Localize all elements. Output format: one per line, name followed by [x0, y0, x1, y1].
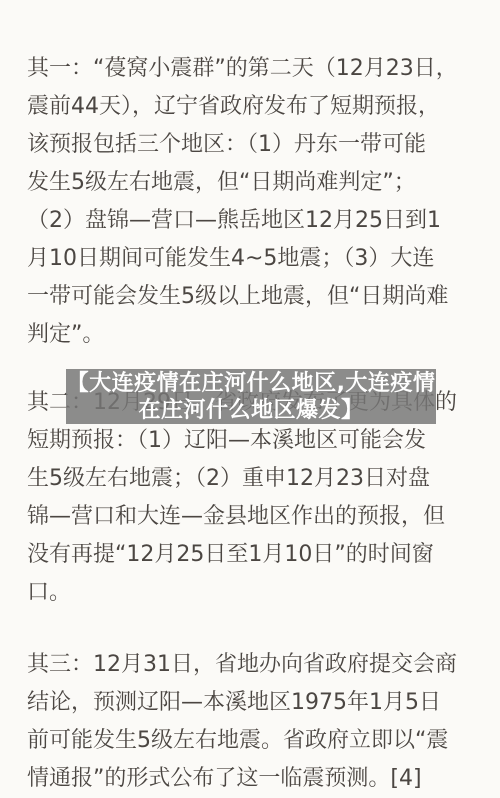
- paragraph-3: 其三：12月31日，省地办向省政府提交会商 结论，预测辽阳—本溪地区1975年1…: [27, 646, 475, 798]
- paragraph-1: 其一：“葠窝小震群”的第二天（12月23日， 震前44天），辽宁省政府发布了短期…: [27, 50, 475, 354]
- watermark-line: 在庄河什么地区爆发】: [138, 397, 363, 424]
- text-line: 其一：“葠窝小震群”的第二天（12月23日，: [27, 50, 475, 88]
- text-line: 判定”。: [27, 316, 475, 354]
- text-line: 震前44天），辽宁省政府发布了短期预报，: [27, 88, 475, 126]
- watermark-overlay: 【大连疫情在庄河什么地区,大连疫情 在庄河什么地区爆发】: [66, 369, 436, 424]
- text-line: 锦—营口和大连—金县地区作出的预报，但: [27, 498, 475, 536]
- text-line: 其三：12月31日，省地办向省政府提交会商: [27, 646, 475, 684]
- text-line: 一带可能会发生5级以上地震，但“日期尚难: [27, 278, 475, 316]
- text-line: 前可能发生5级左右地震。省政府立即以“震: [27, 722, 475, 760]
- text-line: 发生5级左右地震，但“日期尚难判定”；: [27, 164, 475, 202]
- text-line: 生5级左右地震；（2）重申12月23日对盘: [27, 460, 475, 498]
- article-page: { "page": { "background_color": "#fbfaf7…: [0, 0, 500, 798]
- text-line: 该预报包括三个地区：（1）丹东一带可能: [27, 126, 475, 164]
- text-line: 结论，预测辽阳—本溪地区1975年1月5日: [27, 684, 475, 722]
- watermark-line: 【大连疫情在庄河什么地区,大连疫情: [67, 370, 436, 397]
- text-line: 没有再提“12月25日至1月10日”的时间窗: [27, 536, 475, 574]
- text-line: （2）盘锦—营口—熊岳地区12月25日到1: [27, 202, 475, 240]
- text-line: 口。: [27, 574, 475, 612]
- article-body: 其一：“葠窝小震群”的第二天（12月23日， 震前44天），辽宁省政府发布了短期…: [27, 50, 475, 798]
- text-line: 情通报”的形式公布了这一临震预测。[4]: [27, 760, 475, 798]
- text-line: 月10日期间可能发生4~5地震；（3）大连: [27, 240, 475, 278]
- text-line: 短期预报：（1）辽阳—本溪地区可能会发: [27, 422, 475, 460]
